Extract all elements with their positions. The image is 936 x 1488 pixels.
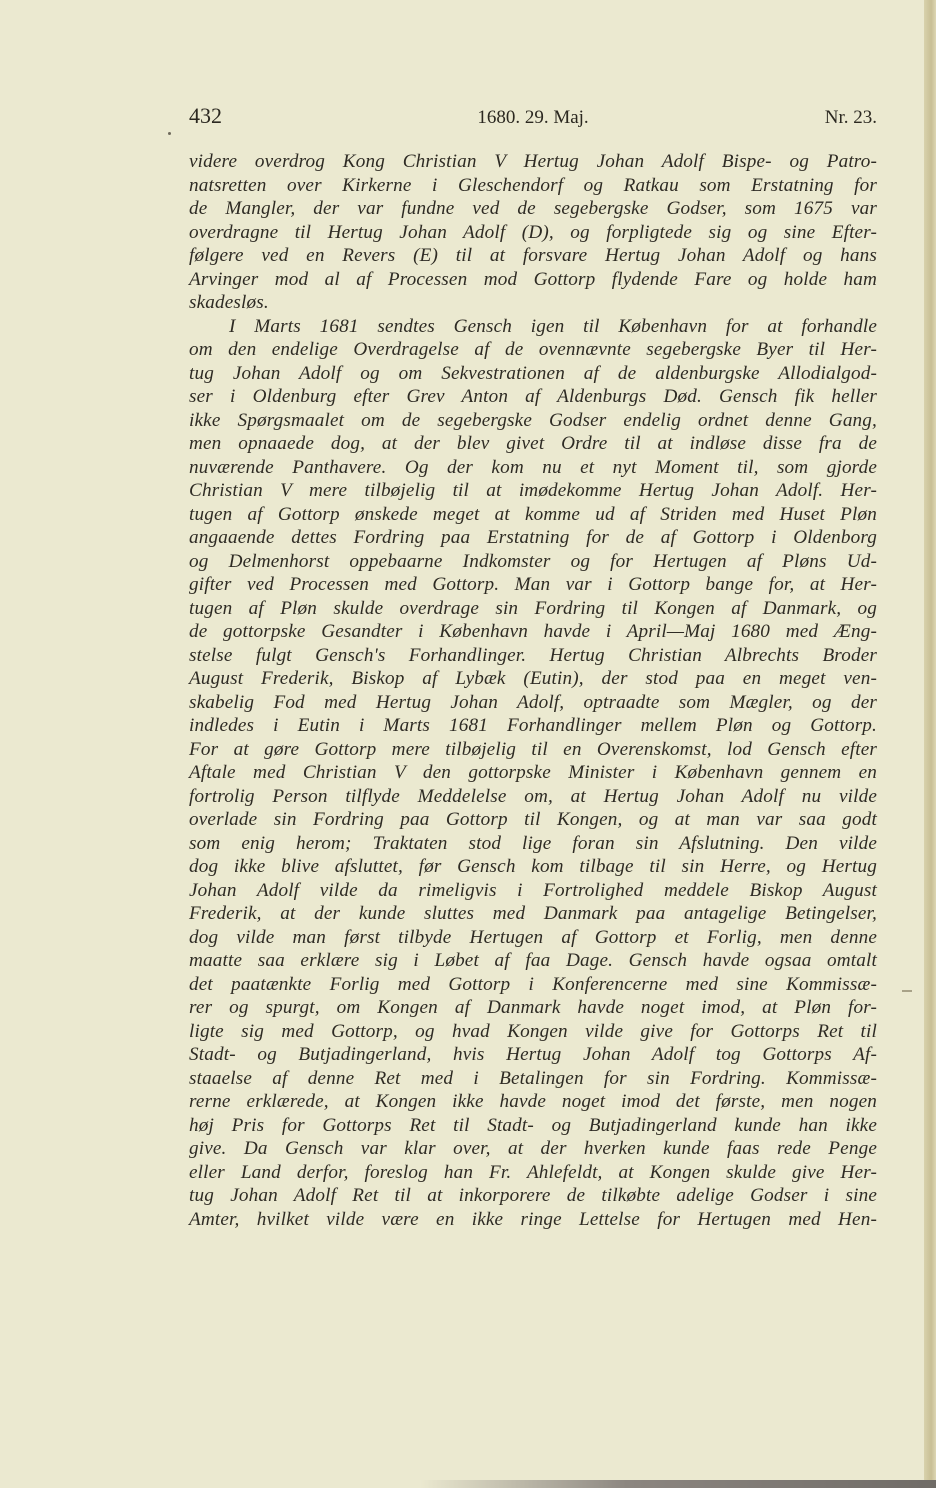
text-line: Frederik, at der kunde sluttes med Danma… [189, 902, 877, 926]
text-line: om den endelige Overdragelse af de ovenn… [189, 338, 877, 362]
text-line: maatte saa erklære sig i Løbet af faa Da… [189, 949, 877, 973]
text-line: skabelig Fod med Hertug Johan Adolf, opt… [189, 691, 877, 715]
text-line: dog ikke blive afsluttet, før Gensch kom… [189, 855, 877, 879]
text-line: For at gøre Gottorp mere tilbøjelig til … [189, 738, 877, 762]
text-line: Stadt- og Butjadingerland, hvis Hertug J… [189, 1043, 877, 1067]
text-line: gifter ved Processen med Gottorp. Man va… [189, 573, 877, 597]
text-line: men opnaaede dog, at der blev givet Ordr… [189, 432, 877, 456]
text-line: de gottorpske Gesandter i København havd… [189, 620, 877, 644]
header-date: 1680. 29. Maj. [189, 107, 877, 129]
text-line: eller Land derfor, foreslog han Fr. Ahle… [189, 1161, 877, 1185]
margin-speck [168, 132, 171, 135]
text-line: ligte sig med Gottorp, og hvad Kongen vi… [189, 1020, 877, 1044]
text-line: Amter, hvilket vilde være en ikke ringe … [189, 1208, 877, 1232]
text-line: de Mangler, der var fundne ved de segebe… [189, 197, 877, 221]
text-line: rer og spurgt, om Kongen af Danmark havd… [189, 996, 877, 1020]
text-line: stelse fulgt Gensch's Forhandlinger. Her… [189, 644, 877, 668]
text-line: staaelse af denne Ret med i Betalingen f… [189, 1067, 877, 1091]
margin-mark [902, 990, 912, 992]
text-line: Arvinger mod al af Processen mod Gottorp… [189, 268, 877, 292]
text-line: nuværende Panthavere. Og der kom nu et n… [189, 456, 877, 480]
text-line: ikke Spørgsmaalet om de segebergske Gods… [189, 409, 877, 433]
text-line: videre overdrog Kong Christian V Hertug … [189, 150, 877, 174]
paragraph-2: I Marts 1681 sendtes Gensch igen til Køb… [189, 315, 877, 1232]
text-line: tug Johan Adolf og om Sekvestrationen af… [189, 362, 877, 386]
text-line: indledes i Eutin i Marts 1681 Forhandlin… [189, 714, 877, 738]
text-line: skadesløs. [189, 291, 877, 315]
paragraph-1: videre overdrog Kong Christian V Hertug … [189, 150, 877, 315]
text-line: ser i Oldenburg efter Grev Anton af Alde… [189, 385, 877, 409]
page-bottom-shadow [420, 1480, 936, 1488]
text-line: give. Da Gensch var klar over, at der hv… [189, 1137, 877, 1161]
document-number: Nr. 23. [825, 107, 877, 129]
text-line: det paatænkte Forlig med Gottorp i Konfe… [189, 973, 877, 997]
text-line: dog vilde man først tilbyde Hertugen af … [189, 926, 877, 950]
text-line: August Frederik, Biskop af Lybæk (Eutin)… [189, 667, 877, 691]
text-line: tug Johan Adolf Ret til at inkorporere d… [189, 1184, 877, 1208]
text-line: overlade sin Fordring paa Gottorp til Ko… [189, 808, 877, 832]
text-line: fortrolig Person tilflyde Meddelelse om,… [189, 785, 877, 809]
text-line: overdragne til Hertug Johan Adolf (D), o… [189, 221, 877, 245]
text-line: tugen af Gottorp ønskede meget at komme … [189, 503, 877, 527]
running-header: 432 1680. 29. Maj. Nr. 23. [189, 103, 877, 133]
text-line: rerne erklærede, at Kongen ikke havde no… [189, 1090, 877, 1114]
text-line: tugen af Pløn skulde overdrage sin Fordr… [189, 597, 877, 621]
text-line: Aftale med Christian V den gottorpske Mi… [189, 761, 877, 785]
text-line: høj Pris for Gottorps Ret til Stadt- og … [189, 1114, 877, 1138]
text-line: som enig herom; Traktaten stod lige fora… [189, 832, 877, 856]
text-line: angaaende dettes Fordring paa Erstatning… [189, 526, 877, 550]
text-line: følgere ved en Revers (E) til at forsvar… [189, 244, 877, 268]
book-spine-edge [924, 0, 936, 1488]
body-text: videre overdrog Kong Christian V Hertug … [189, 150, 877, 1231]
text-line: Christian V mere tilbøjelig til at imøde… [189, 479, 877, 503]
text-line: I Marts 1681 sendtes Gensch igen til Køb… [189, 315, 877, 339]
text-line: Johan Adolf vilde da rimeligvis i Fortro… [189, 879, 877, 903]
text-line: og Delmenhorst oppebaarne Indkomster og … [189, 550, 877, 574]
text-line: natsretten over Kirkerne i Gleschendorf … [189, 174, 877, 198]
